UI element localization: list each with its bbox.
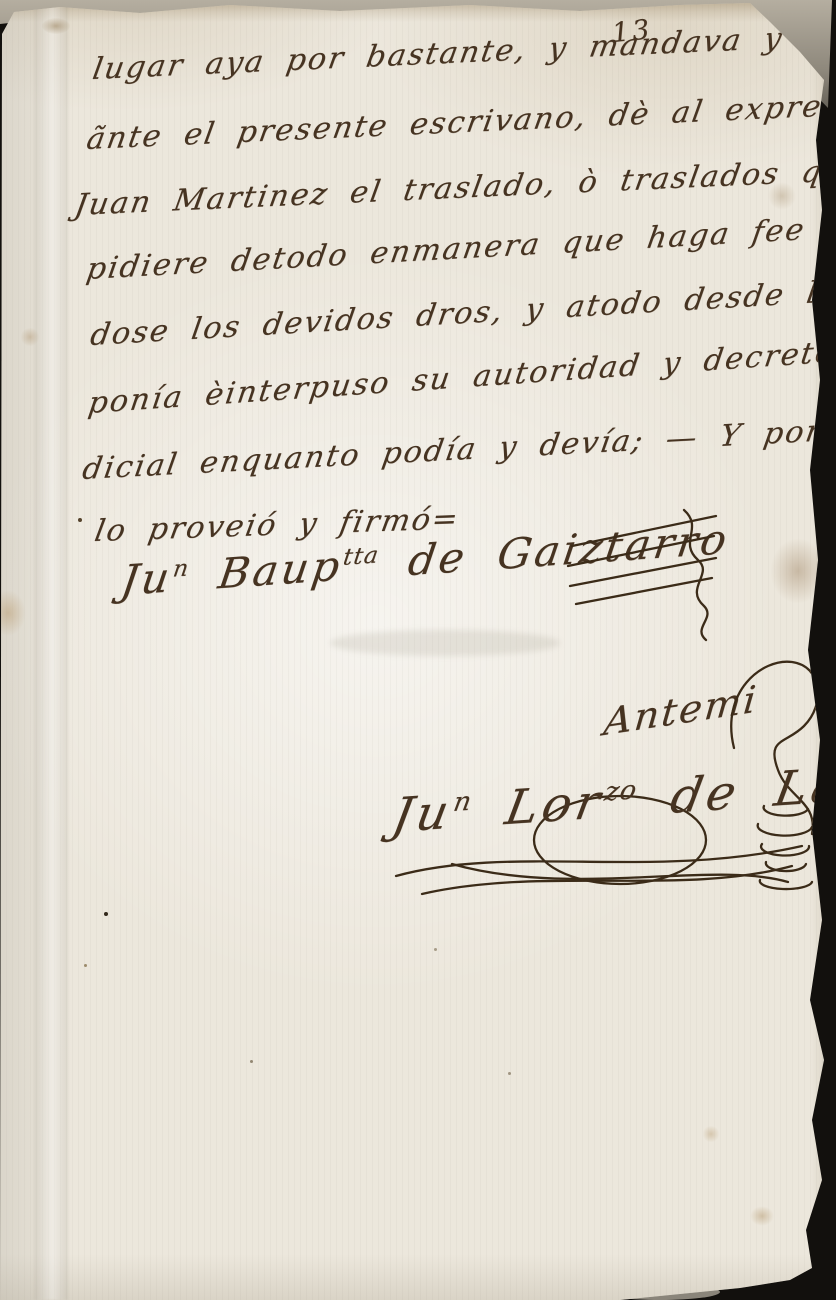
ink-speck (78, 518, 82, 522)
stain (750, 1206, 774, 1226)
stain (20, 328, 40, 346)
manuscript-page: 13 lugar aya por bastante, y mandava y m… (0, 0, 836, 1300)
signature-coil-rubric (752, 788, 826, 892)
signature-text: Lor (465, 774, 608, 839)
signature-superscript: tta (341, 542, 380, 570)
text-line-7: dicial enquanto podía y devía; — Y por e… (80, 405, 836, 487)
ink-bleedthrough (330, 630, 560, 656)
speck (250, 1060, 253, 1063)
text-line-2: ãnte el presente escrivano, dè al expres… (84, 85, 836, 157)
gutter-crease (34, 0, 68, 1300)
text-line-3: Juan Martinez el traslado, ò traslados q… (72, 153, 836, 223)
speck (508, 1072, 511, 1075)
rubric-flourish-gaiztarro (566, 508, 726, 648)
speck (434, 948, 437, 951)
stain (0, 590, 26, 636)
signature-text: Baup (185, 541, 346, 600)
manuscript-scan: 13 lugar aya por bastante, y mandava y m… (0, 0, 836, 1300)
signature-underline-flourish (392, 832, 812, 912)
signature-text: Ju (118, 553, 175, 605)
text-line-1: lugar aya por bastante, y mandava y mand… (90, 15, 836, 87)
stain (770, 538, 826, 604)
stain (42, 18, 70, 34)
stain (702, 1126, 720, 1142)
ink-speck (104, 912, 108, 916)
speck (84, 964, 87, 967)
